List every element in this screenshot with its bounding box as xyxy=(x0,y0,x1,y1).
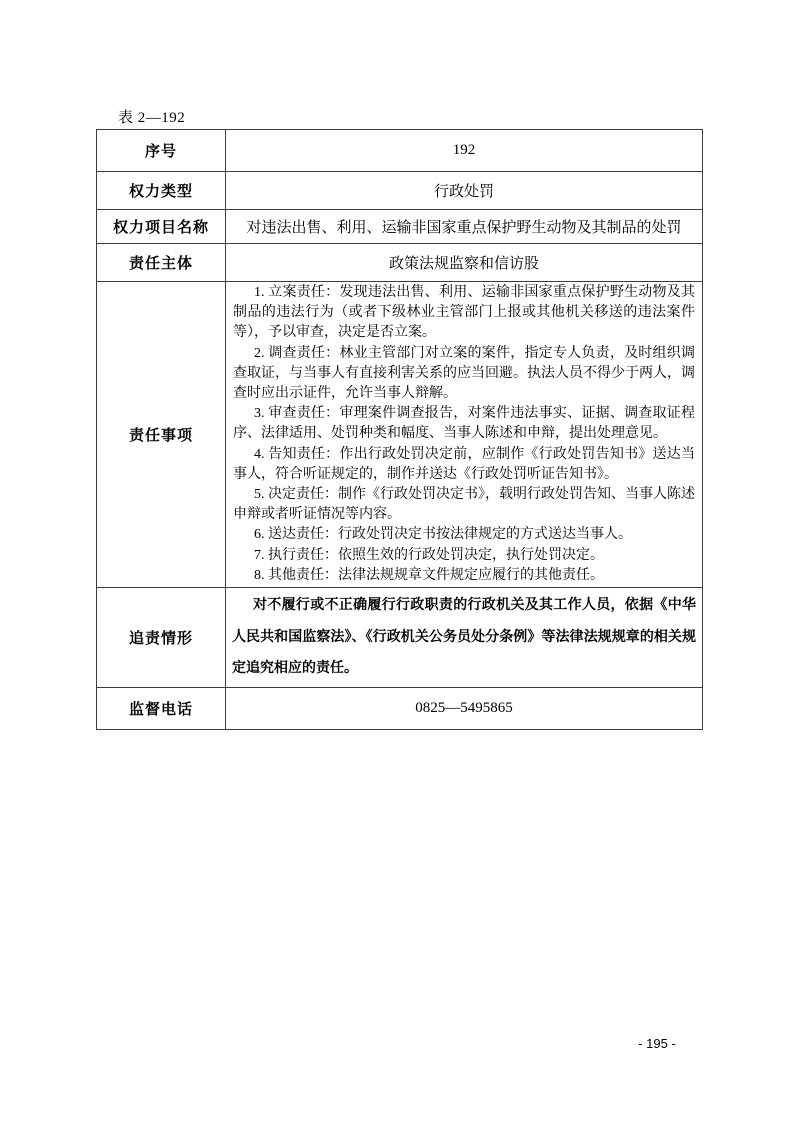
value-responsibility-items: 1. 立案责任：发现违法出售、利用、运输非国家重点保护野生动物及其制品的违法行为… xyxy=(226,282,703,588)
label-supervision-phone: 监督电话 xyxy=(97,688,226,730)
duty-paragraph-decision: 5. 决定责任：制作《行政处罚决定书》，载明行政处罚告知、当事人陈述申辩或者听证… xyxy=(233,485,695,525)
duty-paragraph-filing: 1. 立案责任：发现违法出售、利用、运输非国家重点保护野生动物及其制品的违法行为… xyxy=(233,283,695,344)
table-caption: 表 2—192 xyxy=(118,106,185,127)
table-row-supervision-phone: 监督电话 0825—5495865 xyxy=(97,688,703,730)
table-row-sequence-number: 序号 192 xyxy=(97,130,703,172)
duty-paragraph-notification: 4. 告知责任：作出行政处罚决定前，应制作《行政处罚告知书》送达当事人，符合听证… xyxy=(233,445,695,485)
accountability-paragraph: 对不履行或不正确履行行政职责的行政机关及其工作人员，依据《中华人民共和国监察法》… xyxy=(232,590,696,685)
label-power-type: 权力类型 xyxy=(97,172,226,210)
label-responsible-body: 责任主体 xyxy=(97,244,226,282)
label-accountability-situations: 追责情形 xyxy=(97,588,226,688)
value-accountability-situations: 对不履行或不正确履行行政职责的行政机关及其工作人员，依据《中华人民共和国监察法》… xyxy=(226,588,703,688)
duty-paragraph-investigation: 2. 调查责任：林业主管部门对立案的案件，指定专人负责，及时组织调查取证，与当事… xyxy=(233,344,695,405)
duty-paragraph-review: 3. 审查责任：审理案件调查报告，对案件违法事实、证据、调查取证程序、法律适用、… xyxy=(233,404,695,444)
label-power-item-name: 权力项目名称 xyxy=(97,210,226,244)
duty-paragraph-enforcement: 7. 执行责任：依照生效的行政处罚决定，执行处罚决定。 xyxy=(233,546,695,566)
duty-paragraph-other: 8. 其他责任：法律法规规章文件规定应履行的其他责任。 xyxy=(233,566,695,586)
value-sequence-number: 192 xyxy=(226,130,703,172)
table-row-power-type: 权力类型 行政处罚 xyxy=(97,172,703,210)
value-supervision-phone: 0825—5495865 xyxy=(226,688,703,730)
duty-paragraph-delivery: 6. 送达责任：行政处罚决定书按法律规定的方式送达当事人。 xyxy=(233,525,695,545)
page-number: - 195 - xyxy=(617,1036,697,1051)
responsibility-table: 序号 192 权力类型 行政处罚 权力项目名称 对违法出售、利用、运输非国家重点… xyxy=(96,129,703,730)
document-page: 表 2—192 序号 192 权力类型 行政处罚 权力项目名称 对违法出售、利用… xyxy=(0,0,793,1122)
value-responsible-body: 政策法规监察和信访股 xyxy=(226,244,703,282)
label-sequence-number: 序号 xyxy=(97,130,226,172)
value-power-item-name: 对违法出售、利用、运输非国家重点保护野生动物及其制品的处罚 xyxy=(226,210,703,244)
table-row-accountability-situations: 追责情形 对不履行或不正确履行行政职责的行政机关及其工作人员，依据《中华人民共和… xyxy=(97,588,703,688)
table-row-responsibility-items: 责任事项 1. 立案责任：发现违法出售、利用、运输非国家重点保护野生动物及其制品… xyxy=(97,282,703,588)
table-row-power-item-name: 权力项目名称 对违法出售、利用、运输非国家重点保护野生动物及其制品的处罚 xyxy=(97,210,703,244)
table-row-responsible-body: 责任主体 政策法规监察和信访股 xyxy=(97,244,703,282)
label-responsibility-items: 责任事项 xyxy=(97,282,226,588)
value-power-type: 行政处罚 xyxy=(226,172,703,210)
